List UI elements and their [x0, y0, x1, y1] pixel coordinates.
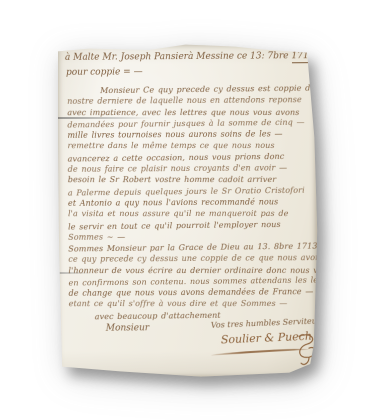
- address-year: 1713: [291, 51, 314, 63]
- address-place-date-text: à Messine ce 13: 7bre: [188, 51, 289, 62]
- letter-text: à Malte Mr. Joseph Pansier à Messine ce …: [58, 44, 318, 378]
- signature-flourish-icon: [296, 333, 318, 371]
- paper-shadow: à Malte Mr. Joseph Pansier à Messine ce …: [58, 44, 318, 378]
- signature-underline: [211, 348, 309, 356]
- letter-paper: à Malte Mr. Joseph Pansier à Messine ce …: [58, 44, 318, 378]
- closing-salutation: Monsieur: [106, 323, 149, 333]
- letter-body: Monsieur Ce quy precede cy dessus est co…: [67, 83, 314, 243]
- address-destination: à Malte Mr. Joseph Pansier: [65, 52, 188, 63]
- letter-postscript: Sommes Monsieur par la Grace de Dieu au …: [68, 241, 315, 322]
- handwritten-line: nostre derniere de laquelle nous en atte…: [67, 94, 313, 107]
- letter-photo: à Malte Mr. Joseph Pansier à Messine ce …: [0, 0, 380, 420]
- address-place-date: à Messine ce 13: 7bre 1713: [188, 51, 314, 62]
- handwritten-line: ce quy precede cy dessus une coppie de c…: [68, 252, 314, 265]
- address-line: à Malte Mr. Joseph Pansier à Messine ce …: [65, 51, 308, 63]
- copy-note: pour coppie = —: [66, 67, 143, 78]
